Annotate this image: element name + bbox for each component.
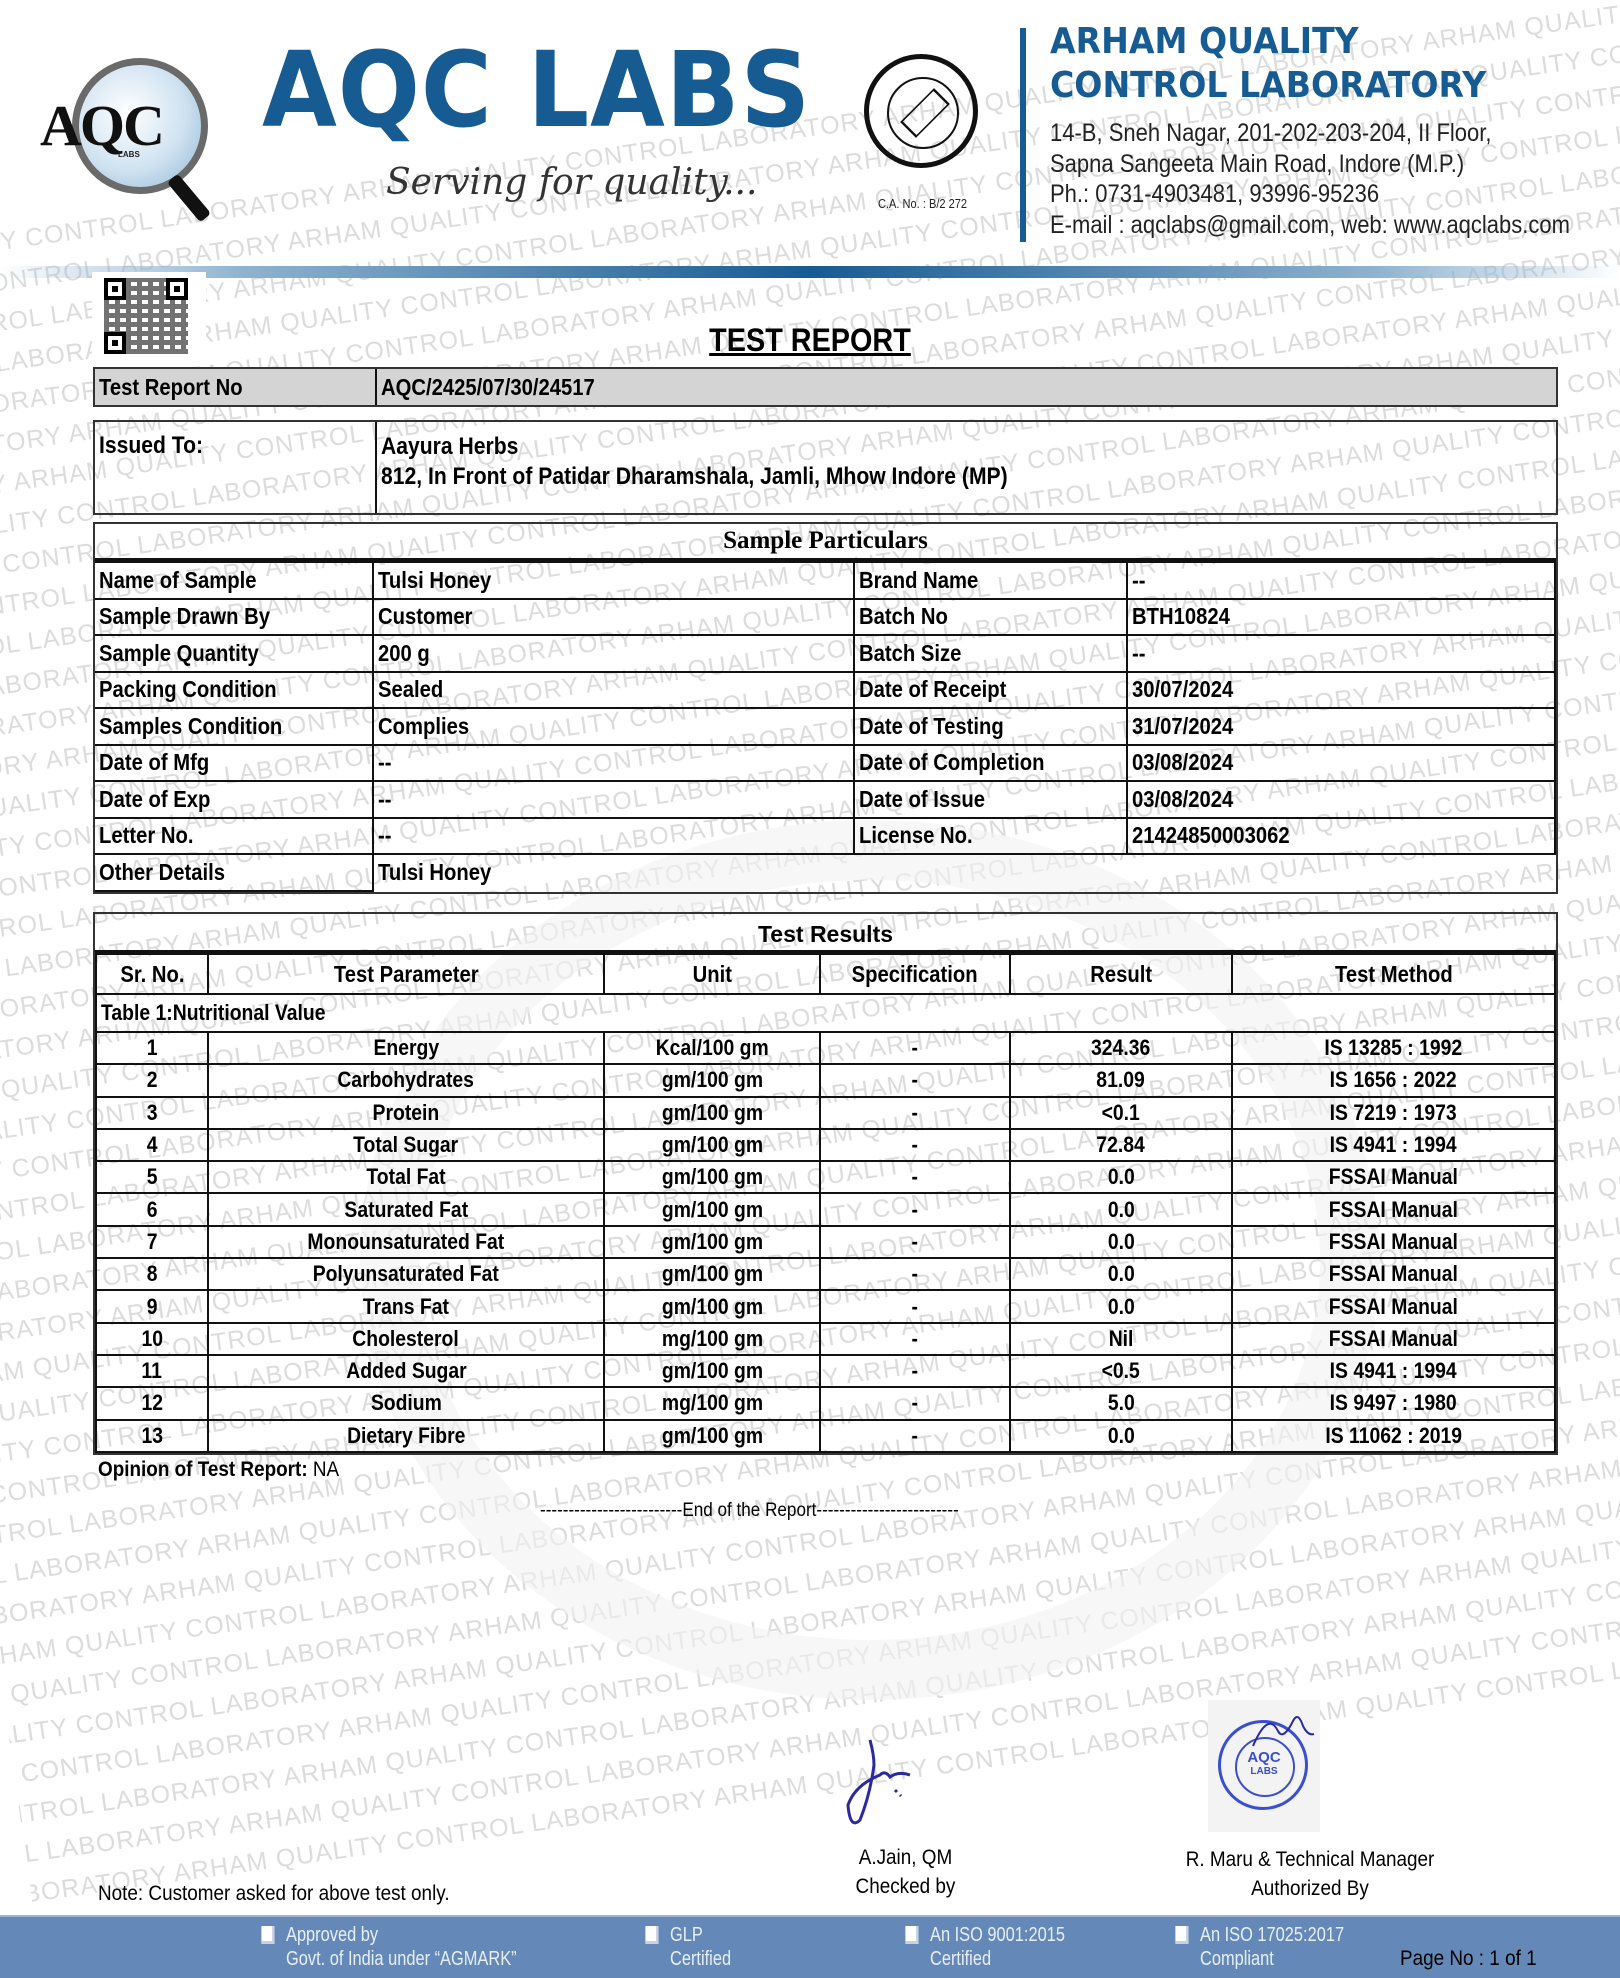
footer-iso17025: An ISO 17025:2017Compliant [1200,1923,1344,1971]
issued-to-name: Aayura Herbs [381,432,518,462]
sample-field-label: Date of Mfg [95,745,373,782]
sample-row: Name of SampleTulsi HoneyBrand Name-- [95,562,1555,599]
tagline: Serving for quality... [386,162,757,203]
certificate-icon [645,1926,658,1944]
sample-field-label: Batch No [854,599,1127,636]
sample-field-label: Batch Size [854,635,1127,672]
issued-to-label: Issued To: [95,422,376,513]
table-row: 1EnergyKcal/100 gm-324.36IS 13285 : 1992 [96,1032,1555,1064]
table-row: 8Polyunsaturated Fatgm/100 gm-0.0FSSAI M… [96,1258,1555,1290]
stamp-subtext: LABS [1221,1765,1307,1779]
cell-method: IS 9497 : 1980 [1232,1387,1555,1419]
cell-param: Sodium [208,1387,604,1419]
sample-field-label: License No. [854,818,1127,855]
magnifier-handle-icon [167,174,211,223]
table-row: 13Dietary Fibregm/100 gm-0.0IS 11062 : 2… [96,1420,1555,1452]
sample-field-label: Date of Receipt [854,672,1127,709]
sample-field-value: Sealed [373,672,854,709]
sample-field-value: 03/08/2024 [1127,781,1555,818]
cell-param: Dietary Fibre [208,1420,604,1452]
logo-text: AQC [40,92,163,159]
sample-field-value: 31/07/2024 [1127,708,1555,745]
sample-field-label: Letter No. [95,818,373,855]
cell-param: Total Sugar [208,1129,604,1161]
table-row: 4Total Sugargm/100 gm-72.84IS 4941 : 199… [96,1129,1555,1161]
lab-name-line2: CONTROL LABORATORY [1050,64,1486,108]
checked-by-block: A.Jain, QM Checked by [856,1843,956,1901]
report-number-table: Test Report No AQC/2425/07/30/24517 [93,367,1558,407]
column-header: Unit [604,954,820,994]
sample-field-value: -- [373,781,854,818]
sample-field-value: Tulsi Honey [373,854,1555,891]
sample-row: Samples ConditionCompliesDate of Testing… [95,708,1555,745]
lab-name-line1: ARHAM QUALITY [1050,20,1486,64]
cell-spec: - [820,1097,1010,1129]
cell-sr: 9 [96,1290,208,1322]
authorized-by-block: R. Maru & Technical Manager Authorized B… [1148,1845,1472,1903]
opinion-label: Opinion of Test Report: [98,1458,308,1481]
cell-method: FSSAI Manual [1232,1226,1555,1258]
sample-row-other-details: Other DetailsTulsi Honey [95,854,1555,891]
cell-unit: gm/100 gm [604,1129,820,1161]
sample-row: Packing ConditionSealedDate of Receipt30… [95,672,1555,709]
cell-sr: 12 [96,1387,208,1419]
sample-field-value: -- [373,818,854,855]
sample-field-label: Date of Issue [854,781,1127,818]
signature-checked-icon [840,1735,970,1835]
lab-name: ARHAM QUALITY CONTROL LABORATORY [1050,20,1486,108]
sample-field-label: Sample Quantity [95,635,373,672]
sample-field-value: 21424850003062 [1127,818,1555,855]
address-line2: Sapna Sangeeta Main Road, Indore (M.P.) [1050,149,1570,180]
cell-sr: 11 [96,1355,208,1387]
cell-sr: 10 [96,1323,208,1355]
issued-to-address: 812, In Front of Patidar Dharamshala, Ja… [381,462,1008,492]
cell-sr: 1 [96,1032,208,1064]
cell-result: 0.0 [1010,1420,1232,1452]
cell-spec: - [820,1064,1010,1096]
sample-field-value: Complies [373,708,854,745]
lab-stamp-icon: AQCLABS [1208,1700,1320,1832]
sample-particulars-heading: Sample Particulars [95,524,1556,561]
cell-method: FSSAI Manual [1232,1323,1555,1355]
page-number: Page No : 1 of 1 [1400,1947,1537,1971]
sample-row: Date of Mfg--Date of Completion03/08/202… [95,745,1555,782]
cell-unit: gm/100 gm [604,1064,820,1096]
footer-agmark: Approved byGovt. of India under “AGMARK” [286,1923,517,1971]
section-title: Table 1:Nutritional Value [96,994,1555,1032]
cell-result: 0.0 [1010,1290,1232,1322]
cell-unit: gm/100 gm [604,1420,820,1452]
issued-to-table: Issued To: Aayura Herbs 812, In Front of… [93,420,1558,515]
table-row: 7Monounsaturated Fatgm/100 gm-0.0FSSAI M… [96,1226,1555,1258]
sample-row: Sample Quantity200 gBatch Size-- [95,635,1555,672]
opinion-value: NA [308,1458,340,1481]
cell-spec: - [820,1420,1010,1452]
checked-by-role: Checked by [856,1872,956,1901]
cell-spec: - [820,1355,1010,1387]
cell-spec: - [820,1387,1010,1419]
cell-spec: - [820,1193,1010,1225]
cell-sr: 2 [96,1064,208,1096]
letterhead: AQC LABS AQC LABS Serving for quality...… [0,0,1620,262]
cell-sr: 5 [96,1161,208,1193]
certificate-icon [905,1926,918,1944]
cell-param: Trans Fat [208,1290,604,1322]
table-row: 5Total Fatgm/100 gm-0.0FSSAI Manual [96,1161,1555,1193]
cell-method: IS 11062 : 2019 [1232,1420,1555,1452]
cell-spec: - [820,1258,1010,1290]
sample-field-value: BTH10824 [1127,599,1555,636]
cell-unit: Kcal/100 gm [604,1032,820,1064]
page-title: TEST REPORT [81,322,1539,359]
cell-spec: - [820,1032,1010,1064]
sample-field-label: Brand Name [854,562,1127,599]
sample-field-label: Name of Sample [95,562,373,599]
cell-unit: gm/100 gm [604,1226,820,1258]
cell-result: Nil [1010,1323,1232,1355]
sample-field-label: Other Details [95,854,373,891]
cell-unit: gm/100 gm [604,1258,820,1290]
cell-method: IS 7219 : 1973 [1232,1097,1555,1129]
sample-field-label: Date of Completion [854,745,1127,782]
column-header: Result [1010,954,1232,994]
cell-sr: 3 [96,1097,208,1129]
cell-method: FSSAI Manual [1232,1258,1555,1290]
cell-spec: - [820,1226,1010,1258]
sample-field-value: Customer [373,599,854,636]
brand-name: AQC LABS [262,38,811,142]
certificate-icon [1175,1926,1188,1944]
cell-unit: gm/100 gm [604,1097,820,1129]
email-web: E-mail : aqclabs@gmail.com, web: www.aqc… [1050,210,1570,241]
cell-param: Energy [208,1032,604,1064]
sample-field-label: Date of Exp [95,781,373,818]
cell-unit: gm/100 gm [604,1290,820,1322]
cell-unit: gm/100 gm [604,1193,820,1225]
cell-method: IS 1656 : 2022 [1232,1064,1555,1096]
report-number-value: AQC/2425/07/30/24517 [376,369,1556,405]
cell-method: FSSAI Manual [1232,1193,1555,1225]
cell-method: FSSAI Manual [1232,1290,1555,1322]
sample-field-value: -- [373,745,854,782]
cell-result: 72.84 [1010,1129,1232,1161]
cell-spec: - [820,1129,1010,1161]
footer-bar: Approved byGovt. of India under “AGMARK”… [0,1915,1620,1978]
cell-unit: mg/100 gm [604,1387,820,1419]
cell-param: Carbohydrates [208,1064,604,1096]
cell-unit: gm/100 gm [604,1161,820,1193]
cell-param: Monounsaturated Fat [208,1226,604,1258]
cell-unit: gm/100 gm [604,1355,820,1387]
column-header: Sr. No. [96,954,208,994]
table-row: 2Carbohydratesgm/100 gm-81.09IS 1656 : 2… [96,1064,1555,1096]
cell-param: Saturated Fat [208,1193,604,1225]
cell-sr: 6 [96,1193,208,1225]
opinion: Opinion of Test Report: NA [98,1458,339,1482]
cell-result: 0.0 [1010,1193,1232,1225]
footer-iso9001: An ISO 9001:2015Certified [930,1923,1065,1971]
report-number-label: Test Report No [95,369,376,405]
cell-sr: 4 [96,1129,208,1161]
certificate-icon [261,1926,274,1944]
cell-result: 5.0 [1010,1387,1232,1419]
cell-result: <0.5 [1010,1355,1232,1387]
header-divider [1020,28,1026,242]
issued-to-value: Aayura Herbs 812, In Front of Patidar Dh… [376,422,1556,513]
cell-param: Added Sugar [208,1355,604,1387]
cell-method: IS 13285 : 1992 [1232,1032,1555,1064]
table-row: 11Added Sugargm/100 gm-<0.5IS 4941 : 199… [96,1355,1555,1387]
sample-particulars-table: Sample Particulars Name of SampleTulsi H… [93,522,1558,894]
customer-note: Note: Customer asked for above test only… [98,1882,450,1906]
cell-spec: - [820,1161,1010,1193]
table-row: 12Sodiummg/100 gm-5.0IS 9497 : 1980 [96,1387,1555,1419]
cell-param: Polyunsaturated Fat [208,1258,604,1290]
authorized-by-name: R. Maru & Technical Manager [1148,1845,1472,1874]
sample-field-label: Packing Condition [95,672,373,709]
test-results-heading: Test Results [95,914,1556,953]
cell-result: <0.1 [1010,1097,1232,1129]
cell-method: IS 4941 : 1994 [1232,1129,1555,1161]
cell-method: IS 4941 : 1994 [1232,1355,1555,1387]
sample-row: Sample Drawn ByCustomerBatch NoBTH10824 [95,599,1555,636]
sample-field-label: Sample Drawn By [95,599,373,636]
column-header: Test Method [1232,954,1555,994]
table-section-row: Table 1:Nutritional Value [96,994,1555,1032]
address-line1: 14-B, Sneh Nagar, 201-202-203-204, II Fl… [1050,118,1570,149]
cell-spec: - [820,1290,1010,1322]
cell-sr: 13 [96,1420,208,1452]
ca-number: C.A. No. : B/2 272 [878,196,967,211]
sample-field-label: Date of Testing [854,708,1127,745]
lab-contact: 14-B, Sneh Nagar, 201-202-203-204, II Fl… [1050,118,1570,240]
sample-field-value: -- [1127,635,1555,672]
cell-param: Cholesterol [208,1323,604,1355]
table-row: 6Saturated Fatgm/100 gm-0.0FSSAI Manual [96,1193,1555,1225]
cell-method: FSSAI Manual [1232,1161,1555,1193]
cell-result: 0.0 [1010,1226,1232,1258]
cell-result: 0.0 [1010,1161,1232,1193]
checked-by-name: A.Jain, QM [856,1843,956,1872]
sample-field-value: 200 g [373,635,854,672]
cell-spec: - [820,1323,1010,1355]
column-header: Specification [820,954,1010,994]
end-of-report: -------------------------End of the Repo… [540,1500,959,1522]
phone: Ph.: 0731-4903481, 93996-95236 [1050,179,1570,210]
cell-param: Protein [208,1097,604,1129]
sample-field-value: 03/08/2024 [1127,745,1555,782]
cell-result: 81.09 [1010,1064,1232,1096]
government-seal-icon [864,54,978,168]
sample-field-value: 30/07/2024 [1127,672,1555,709]
column-header: Test Parameter [208,954,604,994]
cell-sr: 8 [96,1258,208,1290]
table-row: 3Proteingm/100 gm-<0.1IS 7219 : 1973 [96,1097,1555,1129]
sample-field-value: Tulsi Honey [373,562,854,599]
sample-field-label: Samples Condition [95,708,373,745]
footer-glp: GLPCertified [670,1923,731,1971]
cell-param: Total Fat [208,1161,604,1193]
table-row: 9Trans Fatgm/100 gm-0.0FSSAI Manual [96,1290,1555,1322]
cell-result: 324.36 [1010,1032,1232,1064]
table-row: 10Cholesterolmg/100 gm-NilFSSAI Manual [96,1323,1555,1355]
cell-sr: 7 [96,1226,208,1258]
sample-field-value: -- [1127,562,1555,599]
sample-row: Date of Exp--Date of Issue03/08/2024 [95,781,1555,818]
authorized-by-role: Authorized By [1148,1874,1472,1903]
test-results-table: Test Results Sr. No.Test ParameterUnitSp… [93,912,1558,1455]
cell-unit: mg/100 gm [604,1323,820,1355]
cell-result: 0.0 [1010,1258,1232,1290]
sample-row: Letter No.--License No.21424850003062 [95,818,1555,855]
logo-subtext: LABS [118,150,140,159]
header-gradient-bar [0,266,1620,278]
